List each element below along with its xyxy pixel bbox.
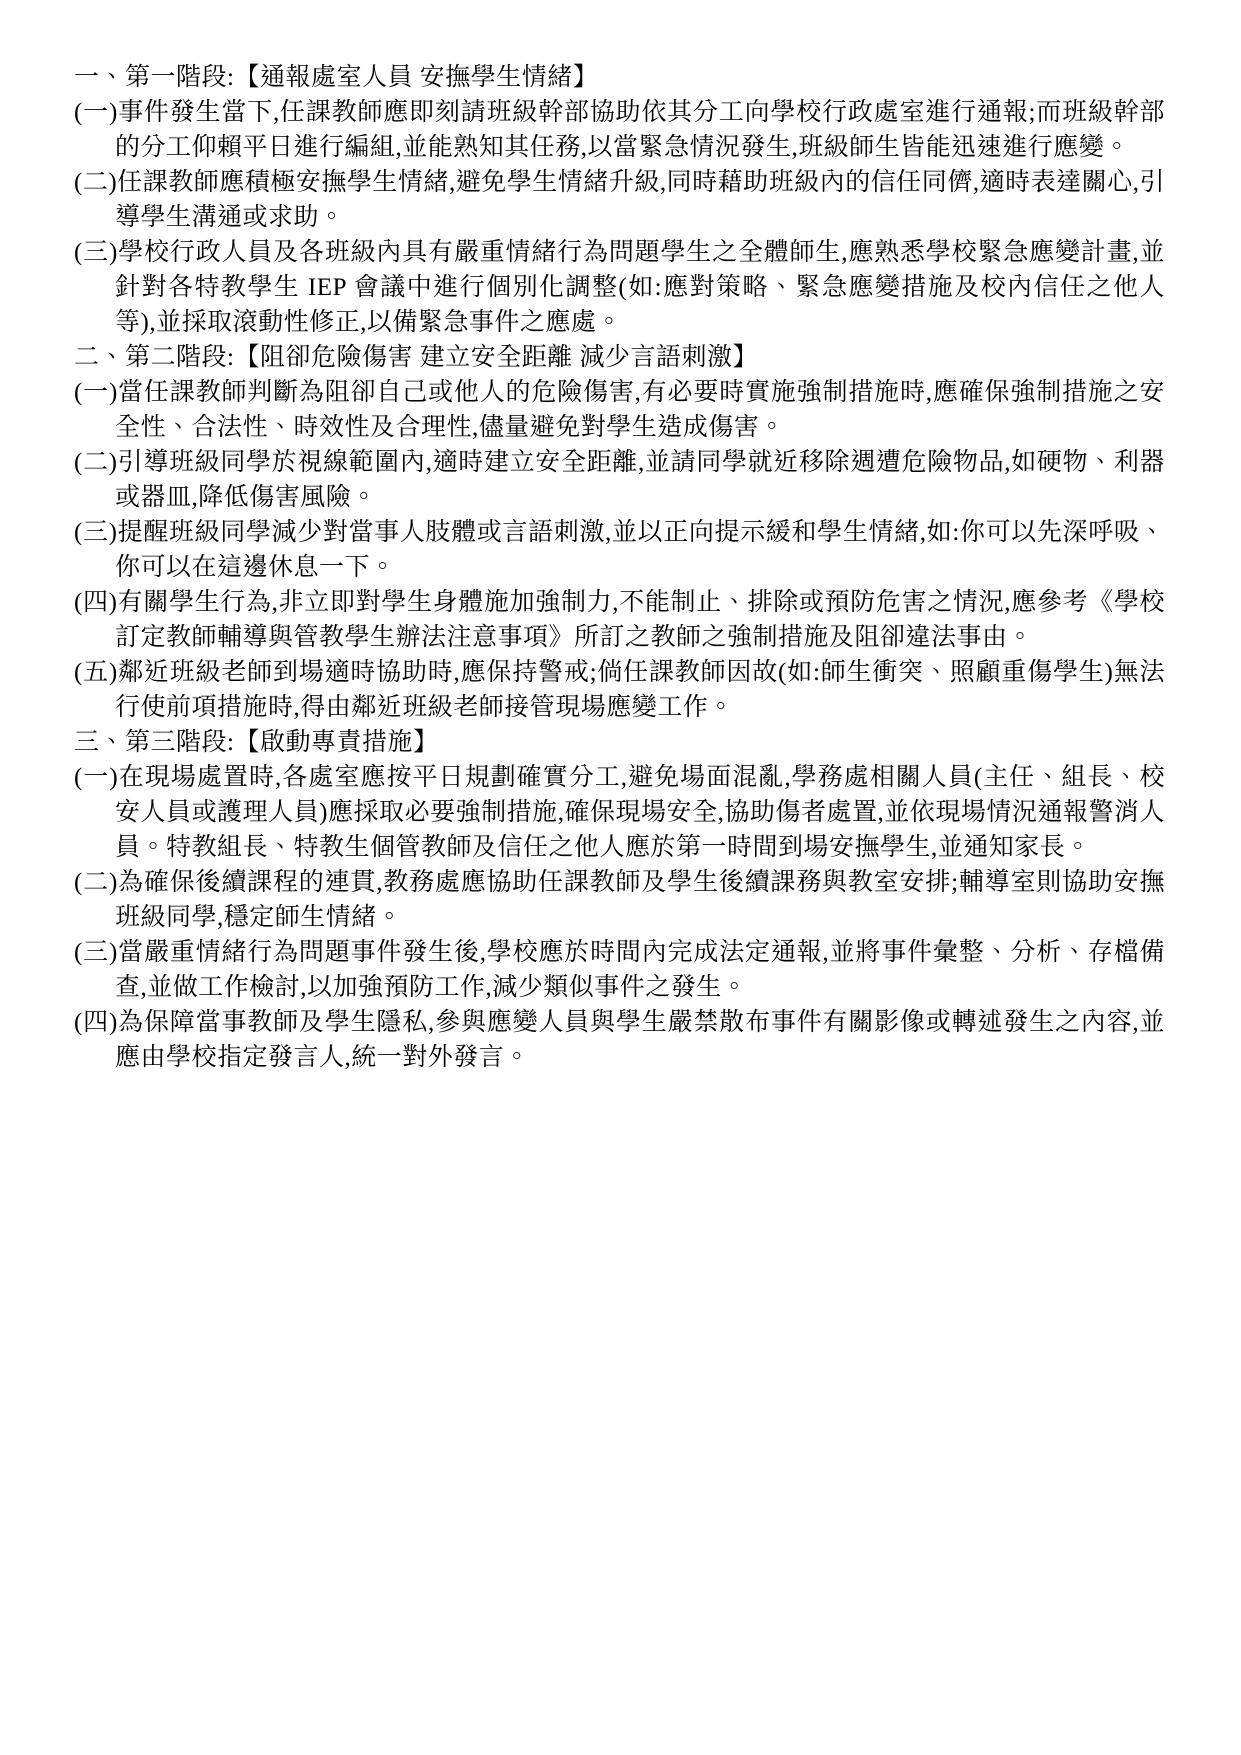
list-item: (一)當任課教師判斷為阻卻自己或他人的危險傷害,有必要時實施強制措施時,應確保強… bbox=[74, 375, 1165, 445]
item-text: 學校行政人員及各班級內具有嚴重情緒行為問題學生之全體師生,應熟悉學校緊急應變計畫… bbox=[115, 239, 1165, 336]
document-page: 一、第一階段:【通報處室人員 安撫學生情緒】 (一)事件發生當下,任課教師應即刻… bbox=[0, 0, 1241, 1755]
item-marker: (二) bbox=[74, 169, 117, 196]
item-marker: (一) bbox=[74, 379, 118, 406]
item-text: 當嚴重情緒行為問題事件發生後,學校應於時間內完成法定通報,並將事件彙整、分析、存… bbox=[115, 939, 1165, 1001]
list-item: (二)為確保後續課程的連貫,教務處應協助任課教師及學生後續課務與教室安排;輔導室… bbox=[74, 865, 1165, 935]
item-marker: (五) bbox=[74, 659, 118, 686]
item-text: 任課教師應積極安撫學生情緒,避免學生情緒升級,同時藉助班級內的信任同儕,適時表達… bbox=[115, 169, 1165, 231]
list-item: (三)提醒班級同學減少對當事人肢體或言語刺激,並以正向提示緩和學生情緒,如:你可… bbox=[74, 515, 1165, 585]
item-text: 鄰近班級老師到場適時協助時,應保持警戒;倘任課教師因故(如:師生衝突、照顧重傷學… bbox=[115, 659, 1165, 721]
section-heading-3: 三、第三階段:【啟動專責措施】 bbox=[74, 725, 1165, 760]
item-text: 提醒班級同學減少對當事人肢體或言語刺激,並以正向提示緩和學生情緒,如:你可以先深… bbox=[115, 519, 1165, 581]
item-marker: (三) bbox=[74, 939, 118, 966]
item-text: 為確保後續課程的連貫,教務處應協助任課教師及學生後續課務與教室安排;輔導室則協助… bbox=[115, 869, 1165, 931]
list-item: (四)有關學生行為,非立即對學生身體施加強制力,不能制止、排除或預防危害之情況,… bbox=[74, 585, 1165, 655]
list-item: (一)在現場處置時,各處室應按平日規劃確實分工,避免場面混亂,學務處相關人員(主… bbox=[74, 760, 1165, 865]
list-item: (三)當嚴重情緒行為問題事件發生後,學校應於時間內完成法定通報,並將事件彙整、分… bbox=[74, 935, 1165, 1005]
item-text: 為保障當事教師及學生隱私,參與應變人員與學生嚴禁散布事件有關影像或轉述發生之內容… bbox=[115, 1009, 1165, 1071]
item-marker: (三) bbox=[74, 239, 118, 266]
list-item: (四)為保障當事教師及學生隱私,參與應變人員與學生嚴禁散布事件有關影像或轉述發生… bbox=[74, 1005, 1165, 1075]
item-marker: (二) bbox=[74, 869, 118, 896]
item-marker: (四) bbox=[74, 589, 118, 616]
item-marker: (一) bbox=[74, 99, 118, 126]
item-text: 在現場處置時,各處室應按平日規劃確實分工,避免場面混亂,學務處相關人員(主任、組… bbox=[115, 764, 1165, 861]
list-item: (三)學校行政人員及各班級內具有嚴重情緒行為問題學生之全體師生,應熟悉學校緊急應… bbox=[74, 235, 1165, 340]
list-item: (二)任課教師應積極安撫學生情緒,避免學生情緒升級,同時藉助班級內的信任同儕,適… bbox=[74, 165, 1165, 235]
list-item: (一)事件發生當下,任課教師應即刻請班級幹部協助依其分工向學校行政處室進行通報;… bbox=[74, 95, 1165, 165]
item-text: 事件發生當下,任課教師應即刻請班級幹部協助依其分工向學校行政處室進行通報;而班級… bbox=[115, 99, 1165, 161]
item-marker: (一) bbox=[74, 764, 118, 791]
item-marker: (三) bbox=[74, 519, 117, 546]
item-text: 引導班級同學於視線範圍內,適時建立安全距離,並請同學就近移除週遭危險物品,如硬物… bbox=[115, 449, 1165, 511]
item-text: 當任課教師判斷為阻卻自己或他人的危險傷害,有必要時實施強制措施時,應確保強制措施… bbox=[115, 379, 1165, 441]
list-item: (五)鄰近班級老師到場適時協助時,應保持警戒;倘任課教師因故(如:師生衝突、照顧… bbox=[74, 655, 1165, 725]
section-heading-2: 二、第二階段:【阻卻危險傷害 建立安全距離 減少言語刺激】 bbox=[74, 340, 1165, 375]
section-heading-1: 一、第一階段:【通報處室人員 安撫學生情緒】 bbox=[74, 60, 1165, 95]
item-text: 有關學生行為,非立即對學生身體施加強制力,不能制止、排除或預防危害之情況,應參考… bbox=[115, 589, 1165, 651]
list-item: (二)引導班級同學於視線範圍內,適時建立安全距離,並請同學就近移除週遭危險物品,… bbox=[74, 445, 1165, 515]
item-marker: (二) bbox=[74, 449, 118, 476]
item-marker: (四) bbox=[74, 1009, 118, 1036]
